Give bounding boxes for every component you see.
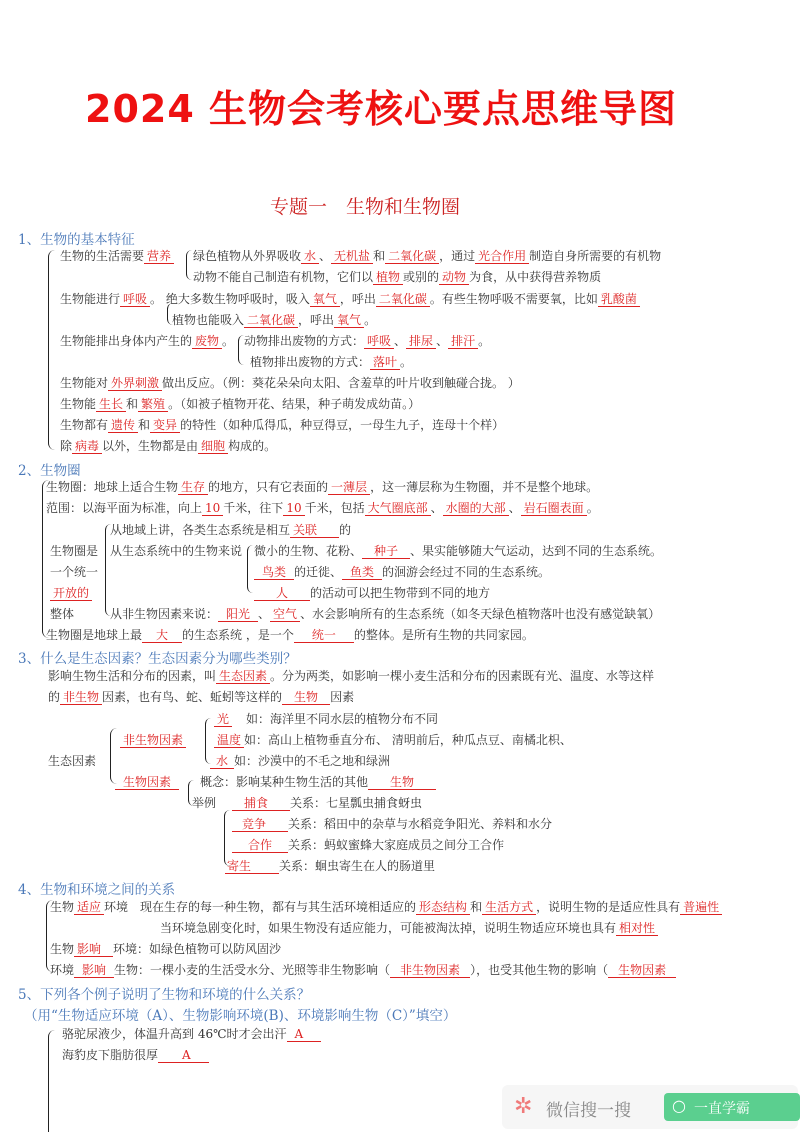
section-5-heading: 5、下列各个例子说明了生物和环境的什么关系？ [18,983,310,1003]
s1-line-cell: 除病毒以外，生物都是由细胞构成的。 [60,438,276,454]
s2-side-4: 整体 [50,606,74,622]
s1-nutrition: 生物的生活需要营养 [60,248,174,264]
s2-b3: 人的活动可以把生物带到不同的地方 [254,585,490,601]
section-3-heading: 3、什么是生态因素？生态因素分为哪些类别？ [18,647,297,667]
s2-last: 生物圈是地球上最大的生态系统 ，是一个统一的整体。是所有生物的共同家园。 [46,627,534,643]
s1-nutrition-animal: 动物不能自己制造有机物，它们以植物或别的动物为食，从中获得营养物质 [193,269,601,285]
search-icon: ○ [672,1096,686,1115]
s2-side-1: 生物圈是 [50,543,98,559]
section-1-heading: 1、生物的基本特征 [18,228,135,248]
wechat-search-brand: 微信搜一搜 [546,1096,631,1121]
s2-side-3: 开放的 [50,585,92,601]
s4-affect-env: 生物影响环境：如绿色植物可以防风固沙 [50,941,281,957]
s2-a3: 从非生物因素来说：阳光、空气、水会影响所有的生态系统（如冬天绿色植物落叶也没有感… [110,606,660,622]
s3-p2: 的非生物因素，也有鸟、蛇、蚯蚓等这样的生物因素 [48,689,354,705]
s1-waste-plant: 植物排出废物的方式：落叶。 [250,354,412,370]
brace-s2-bio [247,545,253,593]
main-title: 2024 生物会考核心要点思维导图 [85,78,677,133]
s1-breath: 生物能进行呼吸。 绝大多数生物呼吸时，吸入氧气，呼出二氧化碳。有些生物呼吸不需要… [60,291,640,307]
brace-s5 [48,1030,55,1132]
s3-root: 生态因素 [48,753,96,769]
s2-b1: 微小的生物、花粉、种子、果实能够随大气运动，达到不同的生态系统。 [254,543,662,559]
s3-temp: 温度如：高山上植物垂直分布、 清明前后，种瓜点豆、南橘北枳、 [214,732,572,748]
brace-s1 [48,250,55,450]
s2-a2: 从生态系统中的生物来说 [110,543,242,559]
section-2-heading: 2、生物圈 [18,459,81,479]
s3-water: 水如：沙漠中的不毛之地和绿洲 [210,753,390,769]
s2-b2: 鸟类的迁徙、鱼类的洄游会经过不同的生态系统。 [254,564,550,580]
wechat-search-watermark: ✲ 微信搜一搜 ○ 一直学霸 [502,1085,798,1129]
s3-concept: 概念：影响某种生物生活的其他生物 [200,774,436,790]
blank: 营养 [144,249,174,264]
brace-nutrition [186,250,192,280]
s4-relative: 当环境急剧变化时，如果生物没有适应能力，可能被淘汰掉，说明生物适应环境也具有相对… [160,920,658,936]
s3-example: 举例 [192,795,216,811]
s3-light: 光如：海洋里不同水层的植物分布不同 [214,711,438,727]
search-button[interactable]: ○ 一直学霸 [664,1093,800,1121]
s1-nutrition-plant: 绿色植物从外界吸收水、无机盐和二氧化碳，通过光合作用制造自身所需要的有机物 [193,248,661,264]
s3-ex-cooperation: 合作关系：蚂蚁蜜蜂大家庭成员之间分工合作 [232,837,504,853]
s3-ex-parasitism: 寄生关系：蛔虫寄生在人的肠道里 [225,858,435,874]
s5-q1: 骆驼尿液少，体温升高到 46℃时才会出汗A [62,1026,321,1042]
s3-abiotic: 非生物因素 [120,732,186,748]
s1-waste-animal: 动物排出废物的方式：呼吸、排尿、排汗。 [244,333,490,349]
wechat-search-star-icon: ✲ [514,1094,532,1119]
s3-ex-predation: 捕食关系：七星瓢虫捕食蚜虫 [232,795,422,811]
s1-breath-plant: 植物也能吸入二氧化碳，呼出氧气。 [172,312,376,328]
s1-line-heredity: 生物都有遗传和变异的特性（如种瓜得瓜，种豆得豆，一母生九子，连母十个样） [60,417,504,433]
s1-line-growth: 生物能生长和繁殖。（如被子植物开花、结果，种子萌发成幼苗。） [60,396,420,412]
s3-biotic: 生物因素 [115,774,179,790]
s4-env-affect: 环境影响生物：一棵小麦的生活受水分、光照等非生物影响（非生物因素），也受其他生物… [50,962,676,978]
s3-ex-competition: 竞争关系：稻田中的杂草与水稻竞争阳光、养料和水分 [232,816,552,832]
search-label: 一直学霸 [694,1098,750,1118]
s4-adapt: 生物适应环境 现在生存的每一种生物，都有与其生活环境相适应的形态结构和生活方式，… [50,899,722,915]
s2-a1: 从地域上讲，各类生态系统是相互关联的 [110,522,351,538]
topic-title: 专题一 生物和生物圈 [270,192,460,219]
s2-side-2: 一个统一 [50,564,98,580]
s3-p1: 影响生物生活和分布的因素，叫生态因素。分为两类，如影响一棵小麦生活和分布的因素既… [48,668,654,684]
s2-range: 范围：以海平面为标准，向上10千米，往下10千米，包括大气圈底部、水圈的大部、岩… [46,500,599,516]
section-4-heading: 4、生物和环境之间的关系 [18,878,175,898]
s2-definition: 生物圈：地球上适合生物生存的地方，只有它表面的一薄层，这一薄层称为生物圈，并不是… [46,479,598,495]
section-5-subheading: （用“生物适应环境（A）、生物影响环境(B)、环境影响生物（C）”填空） [24,1004,456,1024]
s5-q2: 海豹皮下脂肪很厚A [62,1047,209,1063]
s1-waste: 生物能排出身体内产生的废物。 [60,333,234,349]
label: 生物的生活需要 [60,249,144,263]
s1-line-stimulus: 生物能对外界刺激做出反应。（例：葵花朵朵向太阳、含羞草的叶片收到触碰合拢。 ） [60,375,520,391]
